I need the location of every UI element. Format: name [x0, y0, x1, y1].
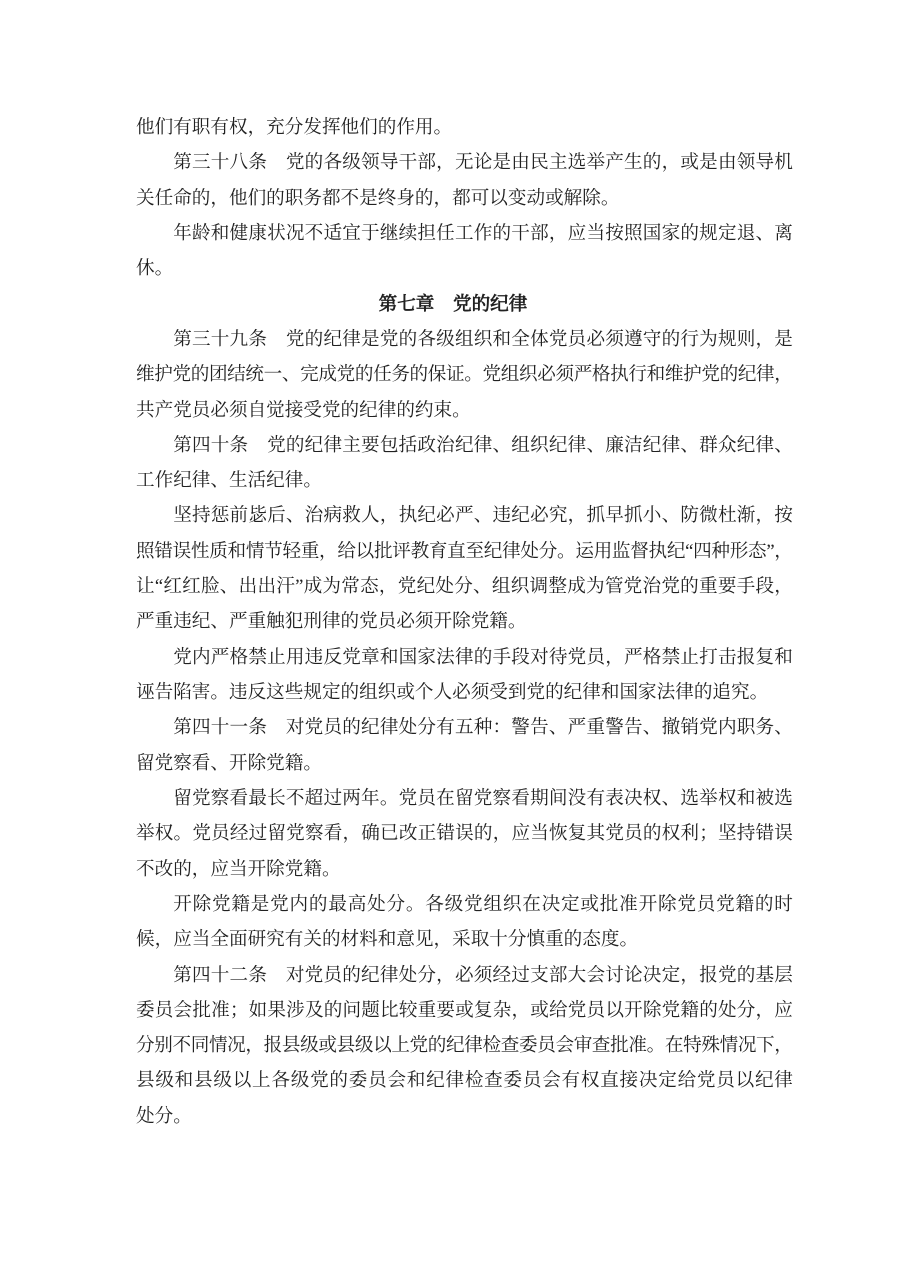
document-page: 他们有职有权，充分发挥他们的作用。第三十八条 党的各级领导干部，无论是由民主选举… — [0, 0, 900, 1272]
text-line: 留党察看、开除党籍。 — [136, 746, 792, 781]
text-line: 照错误性质和情节轻重，给以批评教育直至纪律处分。运用监督执纪“四种形态”， — [136, 534, 792, 569]
text-line: 留党察看最长不超过两年。党员在留党察看期间没有表决权、选举权和被选 — [136, 781, 792, 816]
text-line: 不改的，应当开除党籍。 — [136, 852, 792, 887]
text-line: 他们有职有权，充分发挥他们的作用。 — [136, 110, 792, 145]
text-line: 委员会批准；如果涉及的问题比较重要或复杂，或给党员以开除党籍的处分，应 — [136, 993, 792, 1028]
text-line: 诬告陷害。违反这些规定的组织或个人必须受到党的纪律和国家法律的追究。 — [136, 675, 792, 710]
text-line: 分别不同情况，报县级或县级以上党的纪律检查委员会审查批准。在特殊情况下， — [136, 1028, 792, 1063]
text-line: 共产党员必须自觉接受党的纪律的约束。 — [136, 393, 792, 428]
text-line: 处分。 — [136, 1099, 792, 1134]
text-line: 第四十一条 对党员的纪律处分有五种：警告、严重警告、撤销党内职务、 — [136, 710, 792, 745]
text-line: 年龄和健康状况不适宜于继续担任工作的干部，应当按照国家的规定退、离 — [136, 216, 792, 251]
text-line: 第三十九条 党的纪律是党的各级组织和全体党员必须遵守的行为规则，是 — [136, 322, 792, 357]
document-body: 他们有职有权，充分发挥他们的作用。第三十八条 党的各级领导干部，无论是由民主选举… — [136, 110, 792, 1134]
text-line: 关任命的，他们的职务都不是终身的，都可以变动或解除。 — [136, 181, 792, 216]
text-line: 休。 — [136, 251, 792, 286]
text-line: 工作纪律、生活纪律。 — [136, 463, 792, 498]
text-line: 第四十条 党的纪律主要包括政治纪律、组织纪律、廉洁纪律、群众纪律、 — [136, 428, 792, 463]
text-line: 县级和县级以上各级党的委员会和纪律检查委员会有权直接决定给党员以纪律 — [136, 1063, 792, 1098]
text-line: 坚持惩前毖后、治病救人，执纪必严、违纪必究，抓早抓小、防微杜渐，按 — [136, 498, 792, 533]
text-line: 候，应当全面研究有关的材料和意见，采取十分慎重的态度。 — [136, 922, 792, 957]
text-line: 举权。党员经过留党察看，确已改正错误的，应当恢复其党员的权利；坚持错误 — [136, 816, 792, 851]
text-line: 严重违纪、严重触犯刑律的党员必须开除党籍。 — [136, 604, 792, 639]
text-line: 维护党的团结统一、完成党的任务的保证。党组织必须严格执行和维护党的纪律， — [136, 357, 792, 392]
text-line: 第三十八条 党的各级领导干部，无论是由民主选举产生的，或是由领导机 — [136, 145, 792, 180]
text-line: 让“红红脸、出出汗”成为常态，党纪处分、组织调整成为管党治党的重要手段， — [136, 569, 792, 604]
chapter-heading: 第七章 党的纪律 — [114, 287, 792, 322]
text-line: 开除党籍是党内的最高处分。各级党组织在决定或批准开除党员党籍的时 — [136, 887, 792, 922]
text-line: 第四十二条 对党员的纪律处分，必须经过支部大会讨论决定，报党的基层 — [136, 958, 792, 993]
text-line: 党内严格禁止用违反党章和国家法律的手段对待党员，严格禁止打击报复和 — [136, 640, 792, 675]
